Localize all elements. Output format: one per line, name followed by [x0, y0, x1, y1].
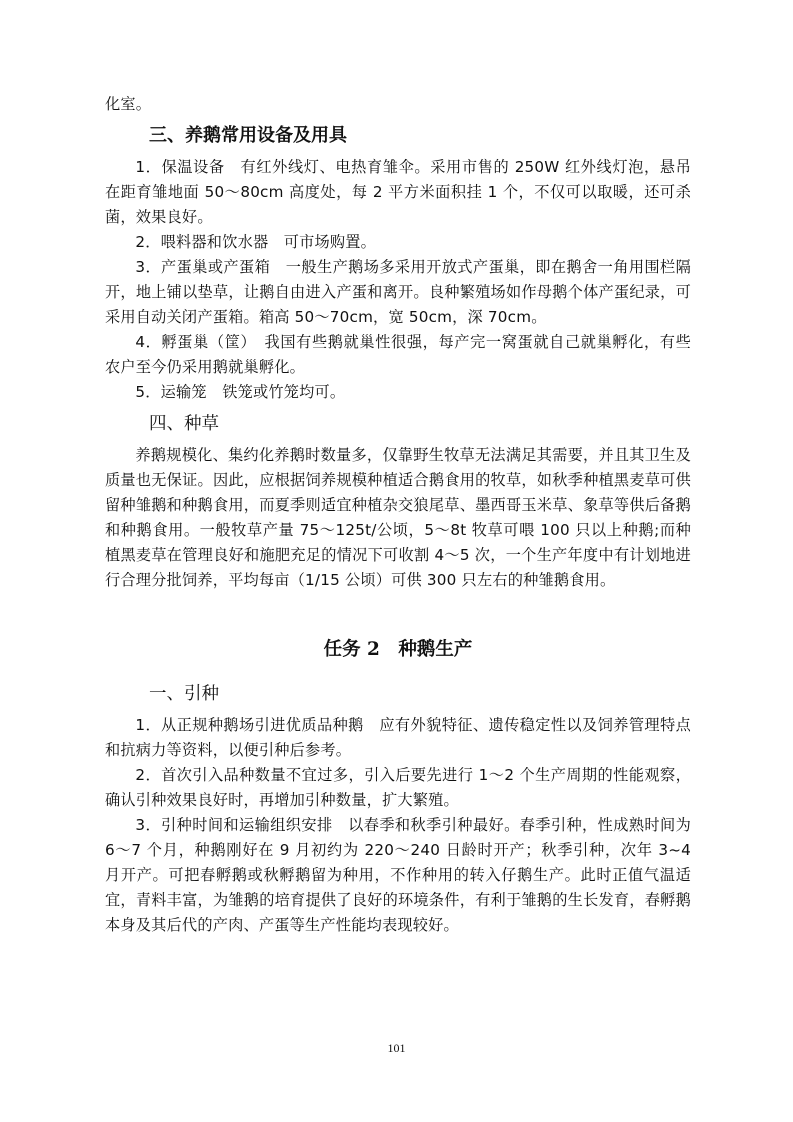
list-item: 2．喂料器和饮水器 可市场购置。 — [105, 230, 691, 255]
list-item: 3．产蛋巢或产蛋箱 一般生产鹅场多采用开放式产蛋巢，即在鹅舍一角用围栏隔开，地上… — [105, 255, 691, 330]
section-heading-grass: 四、种草 — [105, 409, 691, 439]
page-number: 101 — [0, 1041, 793, 1056]
list-item: 5．运输笼 铁笼或竹笼均可。 — [105, 380, 691, 405]
task-title: 任务 2 种鹅生产 — [105, 635, 691, 665]
continuation-text: 化室。 — [105, 92, 691, 117]
list-item: 3．引种时间和运输组织安排 以春季和秋季引种最好。春季引种，性成熟时间为 6～7… — [105, 813, 691, 938]
document-page: 化室。 三、养鹅常用设备及用具 1．保温设备 有红外线灯、电热育雏伞。采用市售的… — [105, 92, 691, 938]
list-item: 1．保温设备 有红外线灯、电热育雏伞。采用市售的 250W 红外线灯泡，悬吊在距… — [105, 155, 691, 230]
list-item: 1．从正规种鹅场引进优质品种鹅 应有外貌特征、遗传稳定性以及饲养管理特点和抗病力… — [105, 713, 691, 763]
paragraph: 养鹅规模化、集约化养鹅时数量多，仅靠野生牧草无法满足其需要，并且其卫生及质量也无… — [105, 443, 691, 593]
section-heading-introduction: 一、引种 — [105, 679, 691, 709]
section-heading-equipment: 三、养鹅常用设备及用具 — [105, 121, 691, 151]
list-item: 4．孵蛋巢（筐） 我国有些鹅就巢性很强，每产完一窝蛋就自己就巢孵化，有些农户至今… — [105, 330, 691, 380]
list-item: 2．首次引入品种数量不宜过多，引入后要先进行 1～2 个生产周期的性能观察，确认… — [105, 763, 691, 813]
